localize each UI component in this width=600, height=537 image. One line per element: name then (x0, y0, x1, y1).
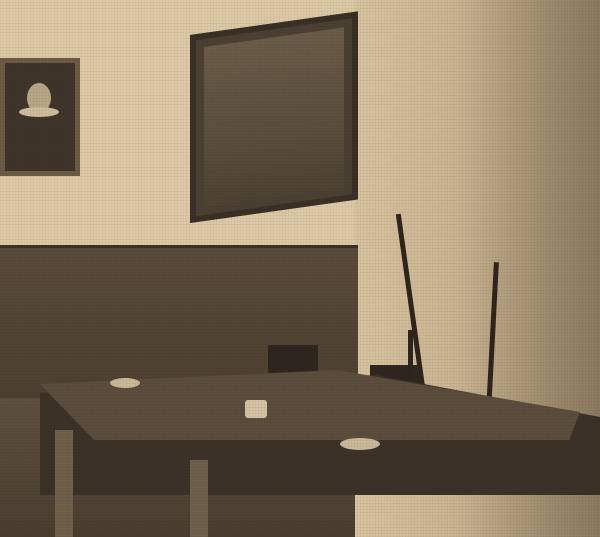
newspaper-photo (0, 0, 600, 537)
halftone-texture (0, 0, 600, 537)
